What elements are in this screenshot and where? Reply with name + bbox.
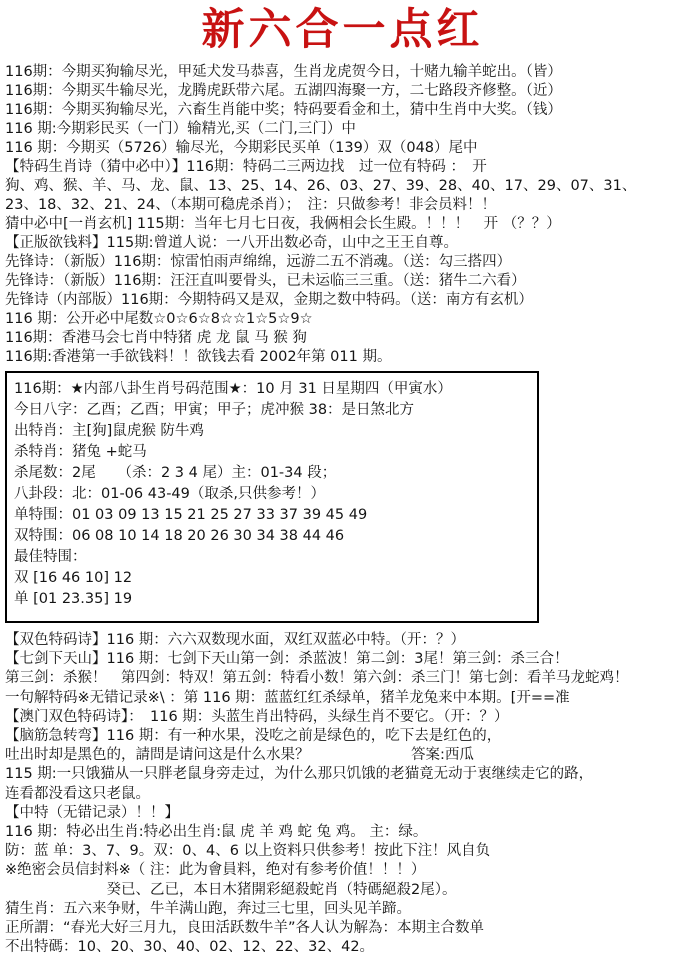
text-line: 吐出时却是黑色的，請問是请问这是什么水果？ 答案:西瓜 <box>5 746 680 765</box>
text-line: 116期：香港马会七肖中特猪 虎 龙 鼠 马 猴 狗 <box>5 329 680 348</box>
text-line: 猜生肖：五六来争财，牛羊满山跑，奔过三七里，回头见羊蹄。 <box>5 900 680 919</box>
text-line: 23、18、32、21、24、（本期可稳虎杀肖）； 注：只做参考！非会员料！！ <box>5 196 680 215</box>
text-line: 单 [01 23.35] 19 <box>14 589 530 610</box>
text-line: 115 期:一只饿猫从一只胖老鼠身旁走过，为什么那只饥饿的老猫竟无动于衷继续走它… <box>5 765 680 784</box>
text-line: 狗、鸡、猴、羊、马、龙、鼠、13、25、14、26、03、27、39、28、40… <box>5 177 680 196</box>
text-line: 正所謂：“春光大好三月九，良田活跃数牛羊”各人认为解為：本期主合数单 <box>5 919 680 938</box>
text-line: 单特围：01 03 09 13 15 21 25 27 33 37 39 45 … <box>14 505 530 526</box>
text-line: 杀尾数：2尾 （杀：2 3 4 尾）主：01-34 段； <box>14 463 530 484</box>
text-line: 先锋诗：（新版）116期：汪汪直叫要骨头，已未运临三三重。（送：猪牛二六看） <box>5 272 680 291</box>
text-line: 第三剑：杀猴！ 第四剑：特双！第五剑：特看小数！第六剑：杀三门！第七剑：看羊马龙… <box>5 669 680 688</box>
text-line: 双 [16 46 10] 12 <box>14 568 530 589</box>
text-line: 116 期：特必出生肖:特必出生肖:鼠 虎 羊 鸡 蛇 兔 鸡。 主：绿。 <box>5 823 680 842</box>
text-line: 先锋诗（内部版）116期：今期特码又是双，金期之数中特码。（送：南方有玄机） <box>5 291 680 310</box>
text-line: 116期:香港第一手欲钱料！！欲钱去看 2002年第 011 期。 <box>5 348 680 367</box>
text-line: 【特码生肖诗（猜中必中）】116期：特码二三两边找 过一位有特码 ： 开 <box>5 158 680 177</box>
text-line: 【双色特码诗】116 期：六六双数现水面，双红双蓝必中特。（开：？） <box>5 631 680 650</box>
text-line: 出特肖：主[狗]鼠虎猴 防牛鸡 <box>14 421 530 442</box>
bottom-section: 【双色特码诗】116 期：六六双数现水面，双红双蓝必中特。（开：？）【七剑下天山… <box>5 631 680 957</box>
text-line: 防：蓝 单：3、7、9。双：0、4、6 以上资料只供参考！按此下注！风自负 <box>5 842 680 861</box>
text-line: ※绝密会员信封料※（ 注：此为會員料，绝对有参考价值！！！） <box>5 861 680 880</box>
text-line: 116期：今期买狗输尽光，六畜生肖能中奖；特码要看金和土，猜中生肖中大奖。（钱） <box>5 101 680 120</box>
text-line: 116期：今期买狗输尽光，甲延犬发马恭喜，生肖龙虎贺今日，十赌九输羊蛇出。（皆） <box>5 63 680 82</box>
text-line: 杀特肖：猪兔 +蛇马 <box>14 442 530 463</box>
text-line: 双特围：06 08 10 14 18 20 26 30 34 38 44 46 <box>14 526 530 547</box>
bagua-number-range-box: 116期：★内部八卦生肖号码范围★：10 月 31 日星期四（甲寅水）今日八字：… <box>5 371 539 623</box>
text-line: 【正版欲钱料】115期:曾道人说：一八开出数必奇，山中之王王自尊。 <box>5 234 680 253</box>
text-line: 癸已、乙已，本日木猪開彩絕殺蛇肖（特碼絕殺2尾）。 <box>5 881 680 900</box>
top-section: 116期：今期买狗输尽光，甲延犬发马恭喜，生肖龙虎贺今日，十赌九输羊蛇出。（皆）… <box>5 63 680 367</box>
text-line: 【澳门双色特码诗】： 116 期：头蓝生肖出特码，头绿生肖不要它。（开：？） <box>5 708 680 727</box>
text-line: 116 期：公开必中尾数☆0☆6☆8☆☆1☆5☆9☆ <box>5 310 680 329</box>
text-line: 今日八字：乙酉；乙酉；甲寅；甲子；虎冲猴 38：是日煞北方 <box>14 400 530 421</box>
text-line: 【中特（无错记录）！！】 <box>5 804 680 823</box>
text-line: 先锋诗：（新版）116期：惊雷怕雨声绵绵，远游二五不消魂。（送：勾三搭四） <box>5 253 680 272</box>
text-line: 八卦段：北：01-06 43-49（取杀,只供参考！） <box>14 484 530 505</box>
text-line: 【七剑下天山】116 期：七剑下天山第一剑：杀蓝波！第二剑：3尾！第三剑：杀三合… <box>5 650 680 669</box>
text-line: 116 期:今期彩民买（一门）输精光,买（二门,三门）中 <box>5 120 680 139</box>
text-line: 一句解特码※无错记录※\ ：第 116 期：蓝蓝红红杀绿单，猪羊龙兔来中本期。[… <box>5 689 680 708</box>
text-line: 猜中必中[一肖玄机] 115期：当年七月七日夜，我俩相会长生殿。！！！ 开 （？… <box>5 215 680 234</box>
text-line: 116 期：今期买（5726）输尽光，今期彩民买单（139）双（048）尾中 <box>5 139 680 158</box>
text-line: 连看都没看这只老鼠。 <box>5 785 680 804</box>
text-line: 最佳特围： <box>14 547 530 568</box>
text-line: 116期：★内部八卦生肖号码范围★：10 月 31 日星期四（甲寅水） <box>14 379 530 400</box>
text-line: 【脑筋急转弯】116 期：有一种水果，没吃之前是绿色的，吃下去是红色的， <box>5 727 680 746</box>
page-title: 新六合一点红 <box>5 4 680 56</box>
text-line: 116期：今期买牛输尽光，龙腾虎跃带六尾。五湖四海聚一方，二七路段齐修整。（近） <box>5 82 680 101</box>
text-line: 不出特碼：10、20、30、40、02、12、22、32、42。 <box>5 938 680 957</box>
tip-sheet-page: 新六合一点红 116期：今期买狗输尽光，甲延犬发马恭喜，生肖龙虎贺今日，十赌九输… <box>0 0 684 963</box>
